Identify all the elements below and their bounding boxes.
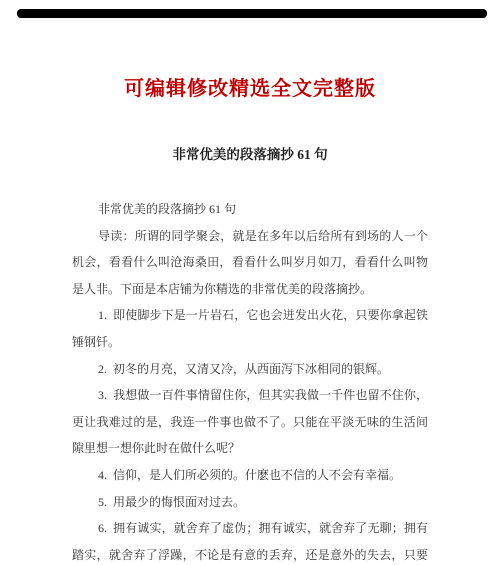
body-line: 2. 初冬的月亮，又清又冷，从西面泻下冰相同的银辉。: [72, 356, 428, 383]
body-line: 锤钢钎。: [72, 329, 428, 356]
body-line: 4. 信仰，是人们所必须的。什麽也不信的人不会有幸福。: [72, 462, 428, 489]
document-subtitle: 非常优美的段落摘抄 61 句: [0, 143, 500, 163]
document-title: 可编辑修改精选全文完整版: [0, 72, 500, 101]
body-line: 导读：所谓的同学聚会，就是在多年以后给所有到场的人一个: [72, 223, 428, 250]
body-line: 隙里想一想你此时在做什么呢？: [72, 435, 428, 462]
body-line: 1. 即使脚步下是一片岩石，它也会迸发出火花，只要你拿起铁: [72, 302, 428, 329]
document-page: 可编辑修改精选全文完整版 非常优美的段落摘抄 61 句 非常优美的段落摘抄 61…: [0, 0, 500, 565]
body-line: 非常优美的段落摘抄 61 句: [72, 196, 428, 223]
body-line: 更让我难过的是，我连一件事也做不了。只能在平淡无味的生活间: [72, 409, 428, 436]
body-line: 6. 拥有诚实，就舍弃了虚伪；拥有诚实，就舍弃了无聊；拥有: [72, 515, 428, 542]
page-top-bar: [17, 9, 487, 18]
body-line: 是人非。下面是本店铺为你精选的非常优美的段落摘抄。: [72, 276, 428, 303]
body-line: 机会，看看什么叫沧海桑田，看看什么叫岁月如刀，看看什么叫物: [72, 249, 428, 276]
body-text: 非常优美的段落摘抄 61 句导读：所谓的同学聚会，就是在多年以后给所有到场的人一…: [72, 196, 428, 565]
body-line: 踏实，就舍弃了浮躁，不论是有意的丢弃，还是意外的失去，只要: [72, 542, 428, 565]
body-line: 3. 我想做一百件事情留住你，但其实我做一千件也留不住你，: [72, 382, 428, 409]
body-line: 5. 用最少的悔恨面对过去。: [72, 489, 428, 516]
